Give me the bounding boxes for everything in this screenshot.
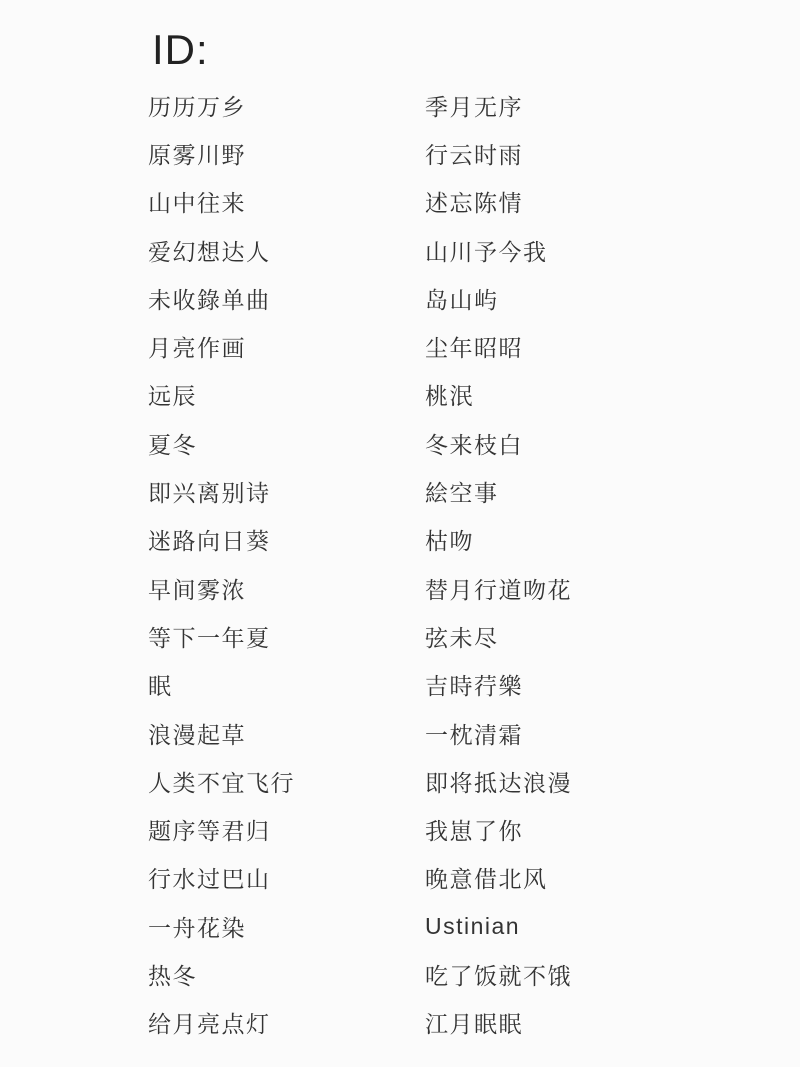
id-list-item: 弦未尽 xyxy=(425,612,755,660)
id-list-item: 原雾川野 xyxy=(148,129,425,177)
id-list-item: 替月行道吻花 xyxy=(425,564,755,612)
id-columns: 历历万乡原雾川野山中往来爱幻想达人未收錄单曲月亮作画远辰夏冬即兴离别诗迷路向日葵… xyxy=(0,81,800,1047)
id-list-item: 月亮作画 xyxy=(148,322,425,370)
id-list-item: 远辰 xyxy=(148,371,425,419)
id-list-page: ID: 历历万乡原雾川野山中往来爱幻想达人未收錄单曲月亮作画远辰夏冬即兴离别诗迷… xyxy=(0,0,800,1067)
id-list-item: 早间雾浓 xyxy=(148,564,425,612)
id-list-item: 行水过巴山 xyxy=(148,854,425,902)
id-list-item: 行云时雨 xyxy=(425,129,755,177)
id-list-item: 历历万乡 xyxy=(148,81,425,129)
id-list-item: 浪漫起草 xyxy=(148,709,425,757)
id-list-item: 江月眠眠 xyxy=(425,999,755,1047)
id-column-right: 季月无序行云时雨述忘陈情山川予今我岛山屿尘年昭昭桃泯冬来枝白絵空事枯吻替月行道吻… xyxy=(425,81,755,1047)
id-list-item: 述忘陈情 xyxy=(425,178,755,226)
id-list-item: 山中往来 xyxy=(148,178,425,226)
id-list-item: 晚意借北风 xyxy=(425,854,755,902)
id-list-item: 吉時荇樂 xyxy=(425,661,755,709)
id-list-item: 未收錄单曲 xyxy=(148,274,425,322)
id-list-item: 给月亮点灯 xyxy=(148,999,425,1047)
id-list-item: 夏冬 xyxy=(148,419,425,467)
id-list-item: 吃了饭就不饿 xyxy=(425,950,755,998)
id-list-item: Ustinian xyxy=(425,902,755,950)
id-list-item: 爱幻想达人 xyxy=(148,226,425,274)
id-list-item: 一枕清霜 xyxy=(425,709,755,757)
id-list-item: 枯吻 xyxy=(425,516,755,564)
id-column-left: 历历万乡原雾川野山中往来爱幻想达人未收錄单曲月亮作画远辰夏冬即兴离别诗迷路向日葵… xyxy=(148,81,425,1047)
id-list-item: 热冬 xyxy=(148,950,425,998)
id-list-item: 眠 xyxy=(148,661,425,709)
id-list-item: 人类不宜飞行 xyxy=(148,757,425,805)
id-list-item: 即兴离别诗 xyxy=(148,467,425,515)
id-list-item: 尘年昭昭 xyxy=(425,322,755,370)
id-list-item: 一舟花染 xyxy=(148,902,425,950)
id-list-item: 题序等君归 xyxy=(148,805,425,853)
id-list-item: 岛山屿 xyxy=(425,274,755,322)
id-list-item: 即将抵达浪漫 xyxy=(425,757,755,805)
id-list-item: 冬来枝白 xyxy=(425,419,755,467)
id-list-item: 絵空事 xyxy=(425,467,755,515)
id-list-item: 等下一年夏 xyxy=(148,612,425,660)
page-title: ID: xyxy=(0,0,800,75)
id-list-item: 桃泯 xyxy=(425,371,755,419)
id-list-item: 我崽了你 xyxy=(425,805,755,853)
id-list-item: 迷路向日葵 xyxy=(148,516,425,564)
id-list-item: 山川予今我 xyxy=(425,226,755,274)
id-list-item: 季月无序 xyxy=(425,81,755,129)
